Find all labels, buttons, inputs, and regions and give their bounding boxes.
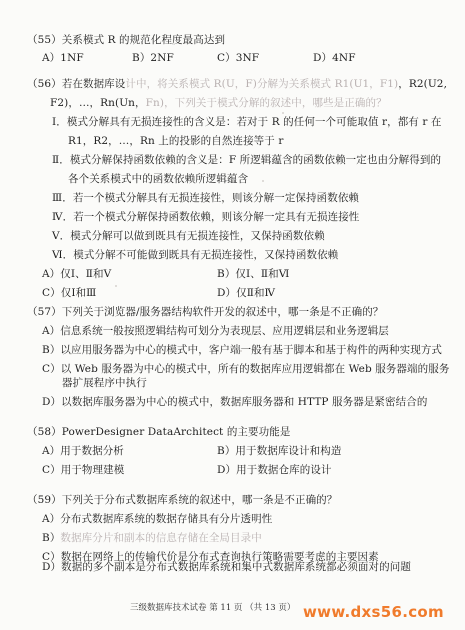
option-56-b: B）仅Ⅰ、Ⅱ和Ⅵ (217, 268, 289, 281)
option-label: A） (42, 325, 60, 337)
option-label: B） (42, 532, 60, 544)
option-text: 用于数据库设计和构造 (235, 445, 341, 457)
option-text: 以应用服务器为中心的模式中，客户端一般有基于脚本和基于构件的两种实现方式 (60, 344, 442, 356)
question-stem: ，R2(U2, (398, 78, 447, 90)
option-label: D） (217, 287, 236, 299)
question-56-line1: （56）若在数据库设计中，将关系模式 R(U，F)分解为关系模式 R1(U1，F… (27, 78, 447, 91)
option-57-c: C）以 Web 服务器为中心的模式中，所有的数据库应用逻辑都在 Web 服务器端… (42, 363, 449, 376)
option-text: 以 Web 服务器为中心的模式中，所有的数据库应用逻辑都在 Web 服务器端的服… (61, 363, 450, 375)
question-stem: 下列关于浏览器/服务器结构软件开发的叙述中，哪一条是不正确的？ (62, 306, 384, 318)
option-55-b: B）2NF (132, 52, 174, 65)
statement-text: 若一个模式分解保持函数依赖，则该分解一定具有无损连接性 (73, 211, 359, 223)
question-number: （55） (27, 34, 62, 46)
option-label: B） (217, 268, 235, 280)
option-label: B） (42, 344, 60, 356)
question-stem-faded: 计中，将关系模式 R(U，F)分解为关系模式 R1(U1，F1) (125, 78, 398, 90)
scan-speck (115, 285, 117, 287)
option-57-d: D）以数据库服务器为中心的模式中，数据库服务器和 HTTP 服务器是紧密结合的 (42, 396, 427, 409)
option-text: 用于数据分析 (60, 445, 124, 457)
statement-number: Ⅱ． (52, 154, 70, 166)
option-55-d: D）4NF (313, 52, 356, 65)
statement-text: 模式分解可以做到既具有无损连接性，又保持函数依赖 (70, 230, 324, 242)
question-number: （56） (27, 78, 62, 90)
option-text: 仅Ⅰ和Ⅲ (61, 287, 97, 299)
statement-number: Ⅵ． (52, 249, 73, 261)
statement-text: 模式分解保持函数依赖的含义是：F 所逻辑蕴含的函数依赖一定也由分解得到的 (70, 154, 441, 166)
statement-text: 模式分解具有无损连接性的含义是：若对于 R 的任何一个可能取值 r，都有 r 在 (67, 116, 442, 128)
question-number: （59） (27, 494, 62, 506)
option-56-c: C）仅Ⅰ和Ⅲ (42, 287, 96, 300)
scan-speck (282, 112, 284, 114)
statement-1: Ⅰ．模式分解具有无损连接性的含义是：若对于 R 的任何一个可能取值 r，都有 r… (52, 116, 442, 129)
option-57-c-cont: 器扩展程序中执行 (62, 377, 147, 390)
exam-page: （55）关系模式 R 的规范化程度最高达到 A）1NF B）2NF C）3NF … (0, 0, 465, 630)
option-text: 4NF (332, 52, 355, 64)
option-label: D） (217, 464, 236, 476)
option-57-a: A）信息系统一般按照逻辑结构可划分为表现层、应用逻辑层和业务逻辑层 (42, 325, 389, 338)
option-text: 用于物理建模 (61, 464, 125, 476)
statement-text: 模式分解不可能做到既具有无损连接性，又保持函数依赖 (73, 249, 338, 261)
option-label: B） (217, 445, 235, 457)
question-number: （58） (27, 426, 62, 438)
option-59-d: D）数据的多个副本是分布式数据库系统和集中式数据库系统都必须面对的问题 (42, 561, 411, 574)
statement-3: Ⅲ．若一个模式分解具有无损连接性，则该分解一定保持函数依赖 (52, 192, 359, 205)
option-label: B） (132, 52, 150, 64)
question-stem: 关系模式 R 的规范化程度最高达到 (62, 34, 225, 46)
option-text: 1NF (60, 52, 83, 64)
question-59: （59）下列关于分布式数据库系统的叙述中，哪一条是不正确的？ (27, 494, 337, 507)
question-stem-faded: Fn)，下列关于模式分解的叙述中，哪些是正确的？ (146, 97, 387, 109)
option-55-a: A）1NF (42, 52, 84, 65)
statement-4: Ⅳ．若一个模式分解保持函数依赖，则该分解一定具有无损连接性 (52, 211, 359, 224)
option-text: 仅Ⅱ和Ⅳ (236, 287, 275, 299)
statement-number: Ⅳ． (52, 211, 73, 223)
page-footer: 三级数据库技术试卷 第 11 页 （共 13 页） (130, 601, 295, 613)
option-label: D） (42, 396, 61, 408)
option-56-d: D）仅Ⅱ和Ⅳ (217, 287, 275, 300)
option-text: 仅Ⅰ、Ⅱ和Ⅵ (235, 268, 289, 280)
option-text: 器扩展程序中执行 (62, 377, 147, 389)
question-56-line2: F2)，…，Rn(Un，Fn)，下列关于模式分解的叙述中，哪些是正确的？ (50, 97, 387, 110)
option-text: 信息系统一般按照逻辑结构可划分为表现层、应用逻辑层和业务逻辑层 (60, 325, 389, 337)
option-text: 仅Ⅰ、Ⅱ和Ⅴ (60, 268, 111, 280)
option-label: C） (217, 52, 236, 64)
option-58-d: D）用于数据仓库的设计 (217, 464, 332, 477)
option-58-c: C）用于物理建模 (42, 464, 124, 477)
option-58-a: A）用于数据分析 (42, 445, 124, 458)
statement-text: 若一个模式分解具有无损连接性，则该分解一定保持函数依赖 (73, 192, 359, 204)
option-58-b: B）用于数据库设计和构造 (217, 445, 341, 458)
statement-5: Ⅴ．模式分解可以做到既具有无损连接性，又保持函数依赖 (52, 230, 325, 243)
option-label: A） (42, 52, 60, 64)
question-stem: F2)，…，Rn(Un， (50, 97, 146, 109)
scan-speck (240, 350, 242, 352)
scan-speck (262, 180, 264, 182)
option-label: A） (42, 513, 60, 525)
statement-text: R1，R2，…，Rn 上的投影的自然连接等于 r (68, 135, 283, 147)
question-58: （58）PowerDesigner DataArchitect 的主要功能是 (27, 426, 290, 439)
question-stem: 下列关于分布式数据库系统的叙述中，哪一条是不正确的？ (62, 494, 338, 506)
option-label: D） (42, 561, 61, 573)
option-text: 以数据库服务器为中心的模式中，数据库服务器和 HTTP 服务器是紧密结合的 (61, 396, 427, 408)
statement-text: 各个关系模式中的函数依赖所逻辑蕴含 (68, 173, 248, 185)
option-text: 3NF (236, 52, 259, 64)
statement-1-cont: R1，R2，…，Rn 上的投影的自然连接等于 r (68, 135, 283, 148)
option-59-b: B）数据库分片和副本的信息存储在全局目录中 (42, 532, 262, 545)
option-text: 分布式数据库系统的数据存储具有分片透明性 (60, 513, 272, 525)
option-label: C） (42, 464, 61, 476)
option-text: 数据的多个副本是分布式数据库系统和集中式数据库系统都必须面对的问题 (61, 561, 411, 573)
statement-2: Ⅱ．模式分解保持函数依赖的含义是：F 所逻辑蕴含的函数依赖一定也由分解得到的 (52, 154, 441, 167)
statement-number: Ⅴ． (52, 230, 70, 242)
statement-2-cont: 各个关系模式中的函数依赖所逻辑蕴含 (68, 173, 248, 186)
option-label: C） (42, 287, 61, 299)
question-stem: 若在数据库设 (62, 78, 126, 90)
statement-number: Ⅰ． (52, 116, 67, 128)
option-text: 用于数据仓库的设计 (236, 464, 331, 476)
question-number: （57） (27, 306, 62, 318)
statement-6: Ⅵ．模式分解不可能做到既具有无损连接性，又保持函数依赖 (52, 249, 338, 262)
option-label: A） (42, 445, 60, 457)
question-stem: PowerDesigner DataArchitect 的主要功能是 (62, 426, 291, 438)
option-59-a: A）分布式数据库系统的数据存储具有分片透明性 (42, 513, 272, 526)
option-57-b: B）以应用服务器为中心的模式中，客户端一般有基于脚本和基于构件的两种实现方式 (42, 344, 442, 357)
option-label: A） (42, 268, 60, 280)
statement-number: Ⅲ． (52, 192, 73, 204)
option-label: C） (42, 363, 61, 375)
question-57: （57）下列关于浏览器/服务器结构软件开发的叙述中，哪一条是不正确的？ (27, 306, 383, 319)
option-label: D） (313, 52, 332, 64)
option-text-faded: 数据库分片和副本的信息存储在全局目录中 (60, 532, 261, 544)
option-56-a: A）仅Ⅰ、Ⅱ和Ⅴ (42, 268, 111, 281)
watermark: www.dxs56.com (303, 603, 444, 621)
question-55: （55）关系模式 R 的规范化程度最高达到 (27, 34, 225, 47)
option-text: 2NF (150, 52, 173, 64)
option-55-c: C）3NF (217, 52, 259, 65)
